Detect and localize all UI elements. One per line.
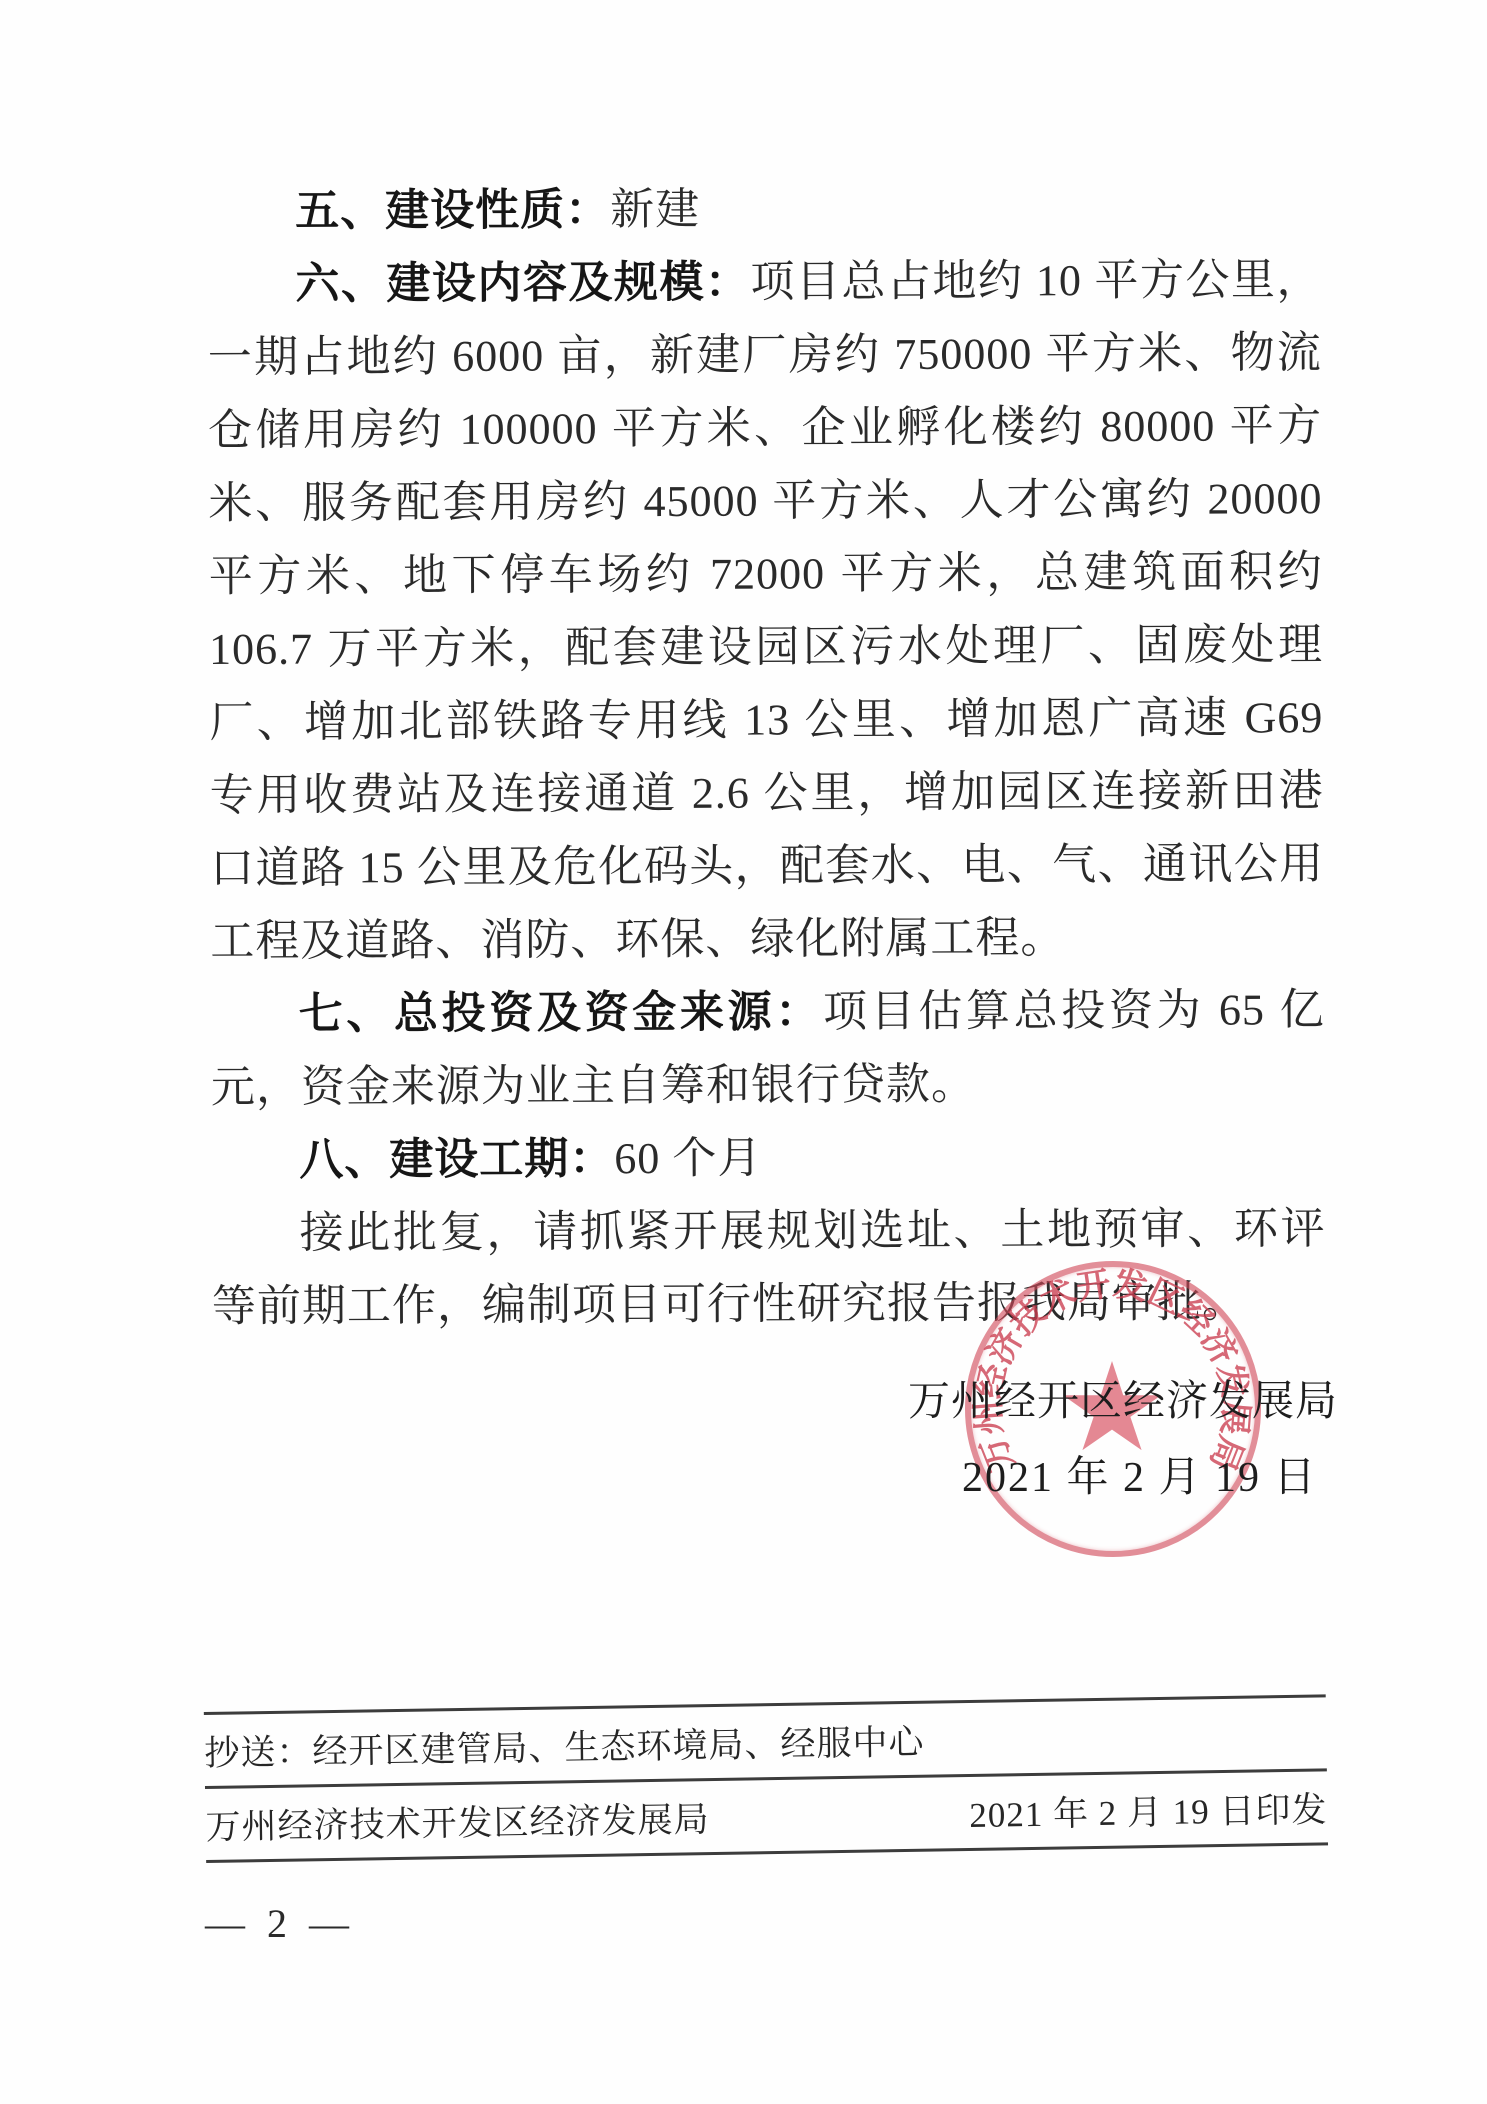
footer-print-date: 2021 年 2 月 19 日印发 [969, 1782, 1328, 1838]
document-page: 五、建设性质：新建 六、建设内容及规模：项目总占地约 10 平方公里，一期占地约… [0, 0, 1487, 2104]
footer-issuer: 万州经济技术开发区经济发展局 [205, 1792, 710, 1850]
section-6-text: 项目总占地约 10 平方公里，一期占地约 6000 亩，新建厂房约 750000… [208, 255, 1324, 966]
footer: 抄送：经开区建管局、生态环境局、经服中心 万州经济技术开发区经济发展局 2021… [204, 1694, 1328, 1863]
footer-cc-line: 抄送：经开区建管局、生态环境局、经服中心 [204, 1714, 925, 1775]
section-7-heading: 七、总投资及资金来源： [299, 987, 824, 1038]
paragraph-section-5: 五、建设性质：新建 [207, 170, 1321, 248]
section-8-text: 60 个月 [614, 1134, 762, 1184]
section-6-heading: 六、建设内容及规模： [295, 258, 750, 309]
paragraph-section-8: 八、建设工期：60 个月 [211, 1119, 1325, 1197]
signature-agency: 万州经开区经济发展局 [908, 1368, 1338, 1428]
page-number: — 2 — [205, 1900, 355, 1947]
section-8-heading: 八、建设工期： [299, 1134, 614, 1184]
paragraph-section-7: 七、总投资及资金来源：项目估算总投资为 65 亿元，资金来源为业主自筹和银行贷款… [211, 973, 1326, 1124]
paragraph-section-6: 六、建设内容及规模：项目总占地约 10 平方公里，一期占地约 6000 亩，新建… [207, 243, 1324, 978]
document-body: 五、建设性质：新建 六、建设内容及规模：项目总占地约 10 平方公里，一期占地约… [207, 170, 1326, 1343]
signature-date: 2021 年 2 月 19 日 [962, 1444, 1318, 1504]
section-5-text: 新建 [610, 185, 700, 234]
section-5-heading: 五、建设性质： [295, 185, 610, 235]
